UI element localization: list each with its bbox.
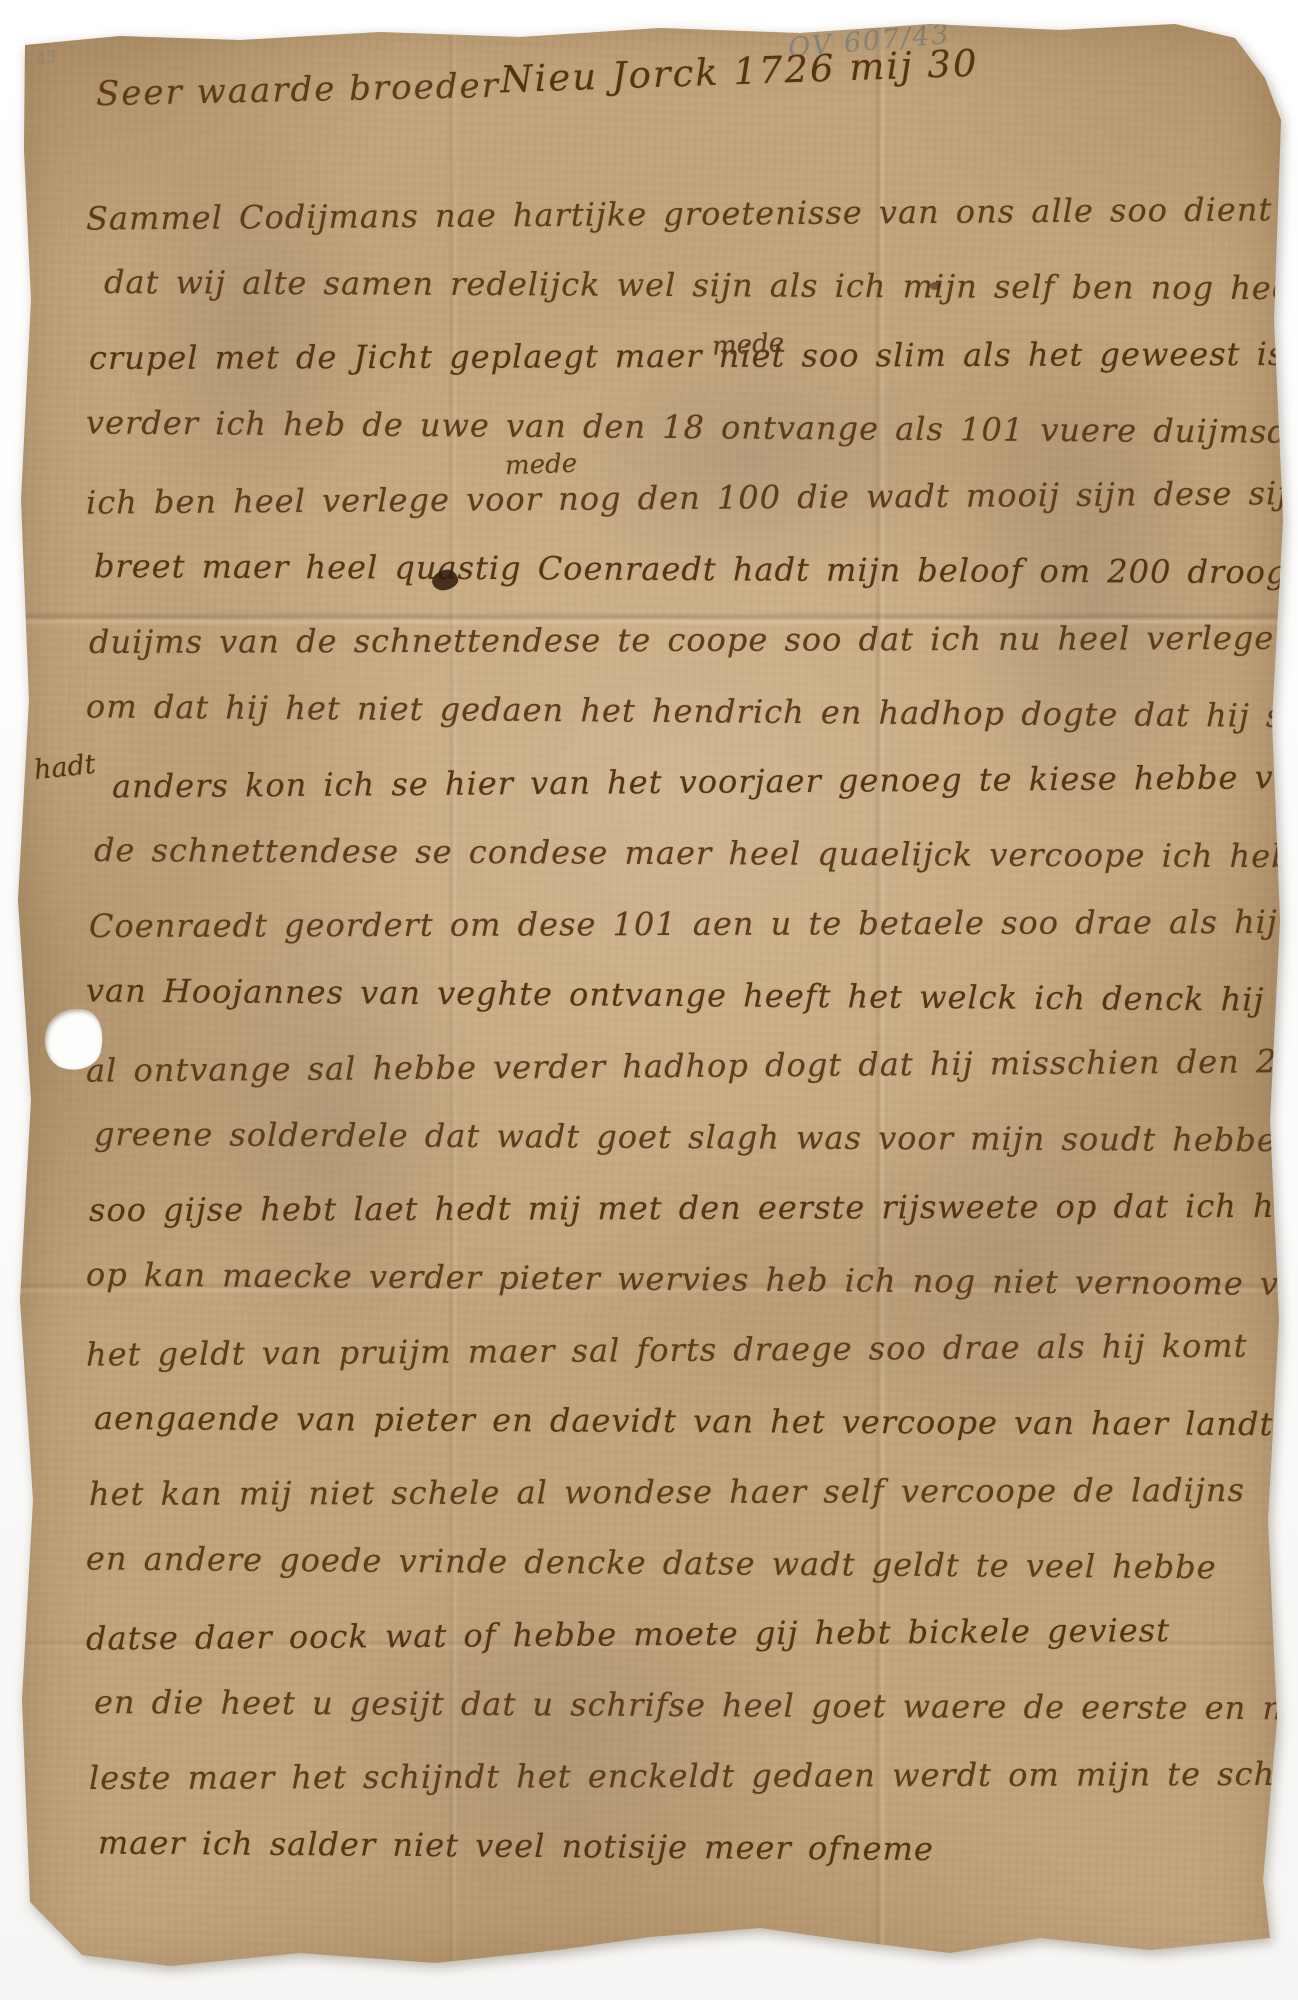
handwriting-line: dat wij alte samen redelijck wel sijn al… <box>94 266 1266 305</box>
handwriting-line: al ontvange sal hebbe verder hadhop dogt… <box>86 1045 1258 1087</box>
handwriting-line: de schnettendese se condese maer heel qu… <box>94 834 1266 873</box>
show-through-smudge <box>547 311 952 609</box>
handwriting-line: van Hoojannes van veghte ontvange heeft … <box>86 974 1258 1016</box>
show-through-smudge <box>120 120 380 540</box>
letter-body: Sammel Codijmans nae hartijke groeteniss… <box>86 198 1258 1902</box>
salutation: Seer waarde broeder <box>96 66 501 114</box>
handwriting-line: datse daer oock wat of hebbe moete gij h… <box>86 1613 1258 1655</box>
letter-paper: 43 OV 607/43 Seer waarde broeder Nieu Jo… <box>0 0 1298 2000</box>
handwriting-line: ich ben heel verlege voor nog den 100 di… <box>86 477 1258 519</box>
handwriting-line: om dat hij het niet gedaen het hendrich … <box>86 690 1258 732</box>
pencil-corner-number: 43 <box>35 46 58 68</box>
handwriting-line: Coenraedt geordert om dese 101 aen u te … <box>89 906 1261 943</box>
handwriting-line: op kan maecke verder pieter wervies heb … <box>86 1258 1258 1300</box>
fold-crease-horizontal <box>0 612 1298 626</box>
handwriting-line: het kan mij niet schele al wondese haer … <box>89 1474 1261 1511</box>
show-through-smudge <box>830 1060 1190 1480</box>
interline-insertion-mede-2: mede <box>504 449 577 481</box>
handwriting-line: breet maer heel quastig Coenraedt hadt m… <box>94 550 1266 589</box>
fold-crease-horizontal <box>0 1282 1298 1294</box>
handwriting-line: anders kon ich se hier van het voorjaer … <box>86 761 1258 803</box>
handwriting-line: crupel met de Jicht geplaegt maer niet s… <box>89 338 1261 375</box>
archival-reference-number: OV 607/43 <box>787 19 952 64</box>
margin-word-hadt: hadt <box>33 749 98 786</box>
dateline: Nieu Jorck 1726 mij 30 <box>499 42 979 102</box>
handwriting-line: maer ich salder niet veel notisije meer … <box>86 1826 1258 1868</box>
handwriting-line: leste maer het schijndt het enckeldt ged… <box>89 1758 1261 1795</box>
handwriting-line: en andere goede vrinde dencke datse wadt… <box>86 1542 1258 1584</box>
handwriting-line: het geldt van pruijm maer sal forts drae… <box>86 1329 1258 1371</box>
handwriting-line: aengaende van pieter en daevidt van het … <box>94 1402 1266 1441</box>
handwriting-line: greene solderdele dat wadt goet slagh wa… <box>94 1118 1266 1157</box>
interline-insertion-mede-1: mede <box>711 328 785 362</box>
fold-crease-horizontal <box>0 1640 1298 1650</box>
ink-spot <box>930 282 940 290</box>
fold-crease-vertical <box>448 0 458 2000</box>
ink-blot <box>430 568 460 593</box>
handwriting-line: duijms van de schnettendese te coope soo… <box>89 622 1261 659</box>
handwriting-line: verder ich heb de uwe van den 18 ontvang… <box>86 406 1258 448</box>
handwriting-line: Sammel Codijmans nae hartijke groeteniss… <box>86 193 1258 235</box>
show-through-smudge <box>180 860 480 1380</box>
fold-crease-vertical <box>874 0 886 2000</box>
letter-sheet-wrapper: 43 OV 607/43 Seer waarde broeder Nieu Jo… <box>0 0 1298 2000</box>
show-through-smudge <box>950 330 1230 870</box>
handwriting-line: en die heet u gesijt dat u schrifse heel… <box>94 1686 1266 1725</box>
show-through-smudge <box>300 1560 820 1920</box>
handwriting-line: soo gijse hebt laet hedt mij met den eer… <box>89 1190 1261 1227</box>
